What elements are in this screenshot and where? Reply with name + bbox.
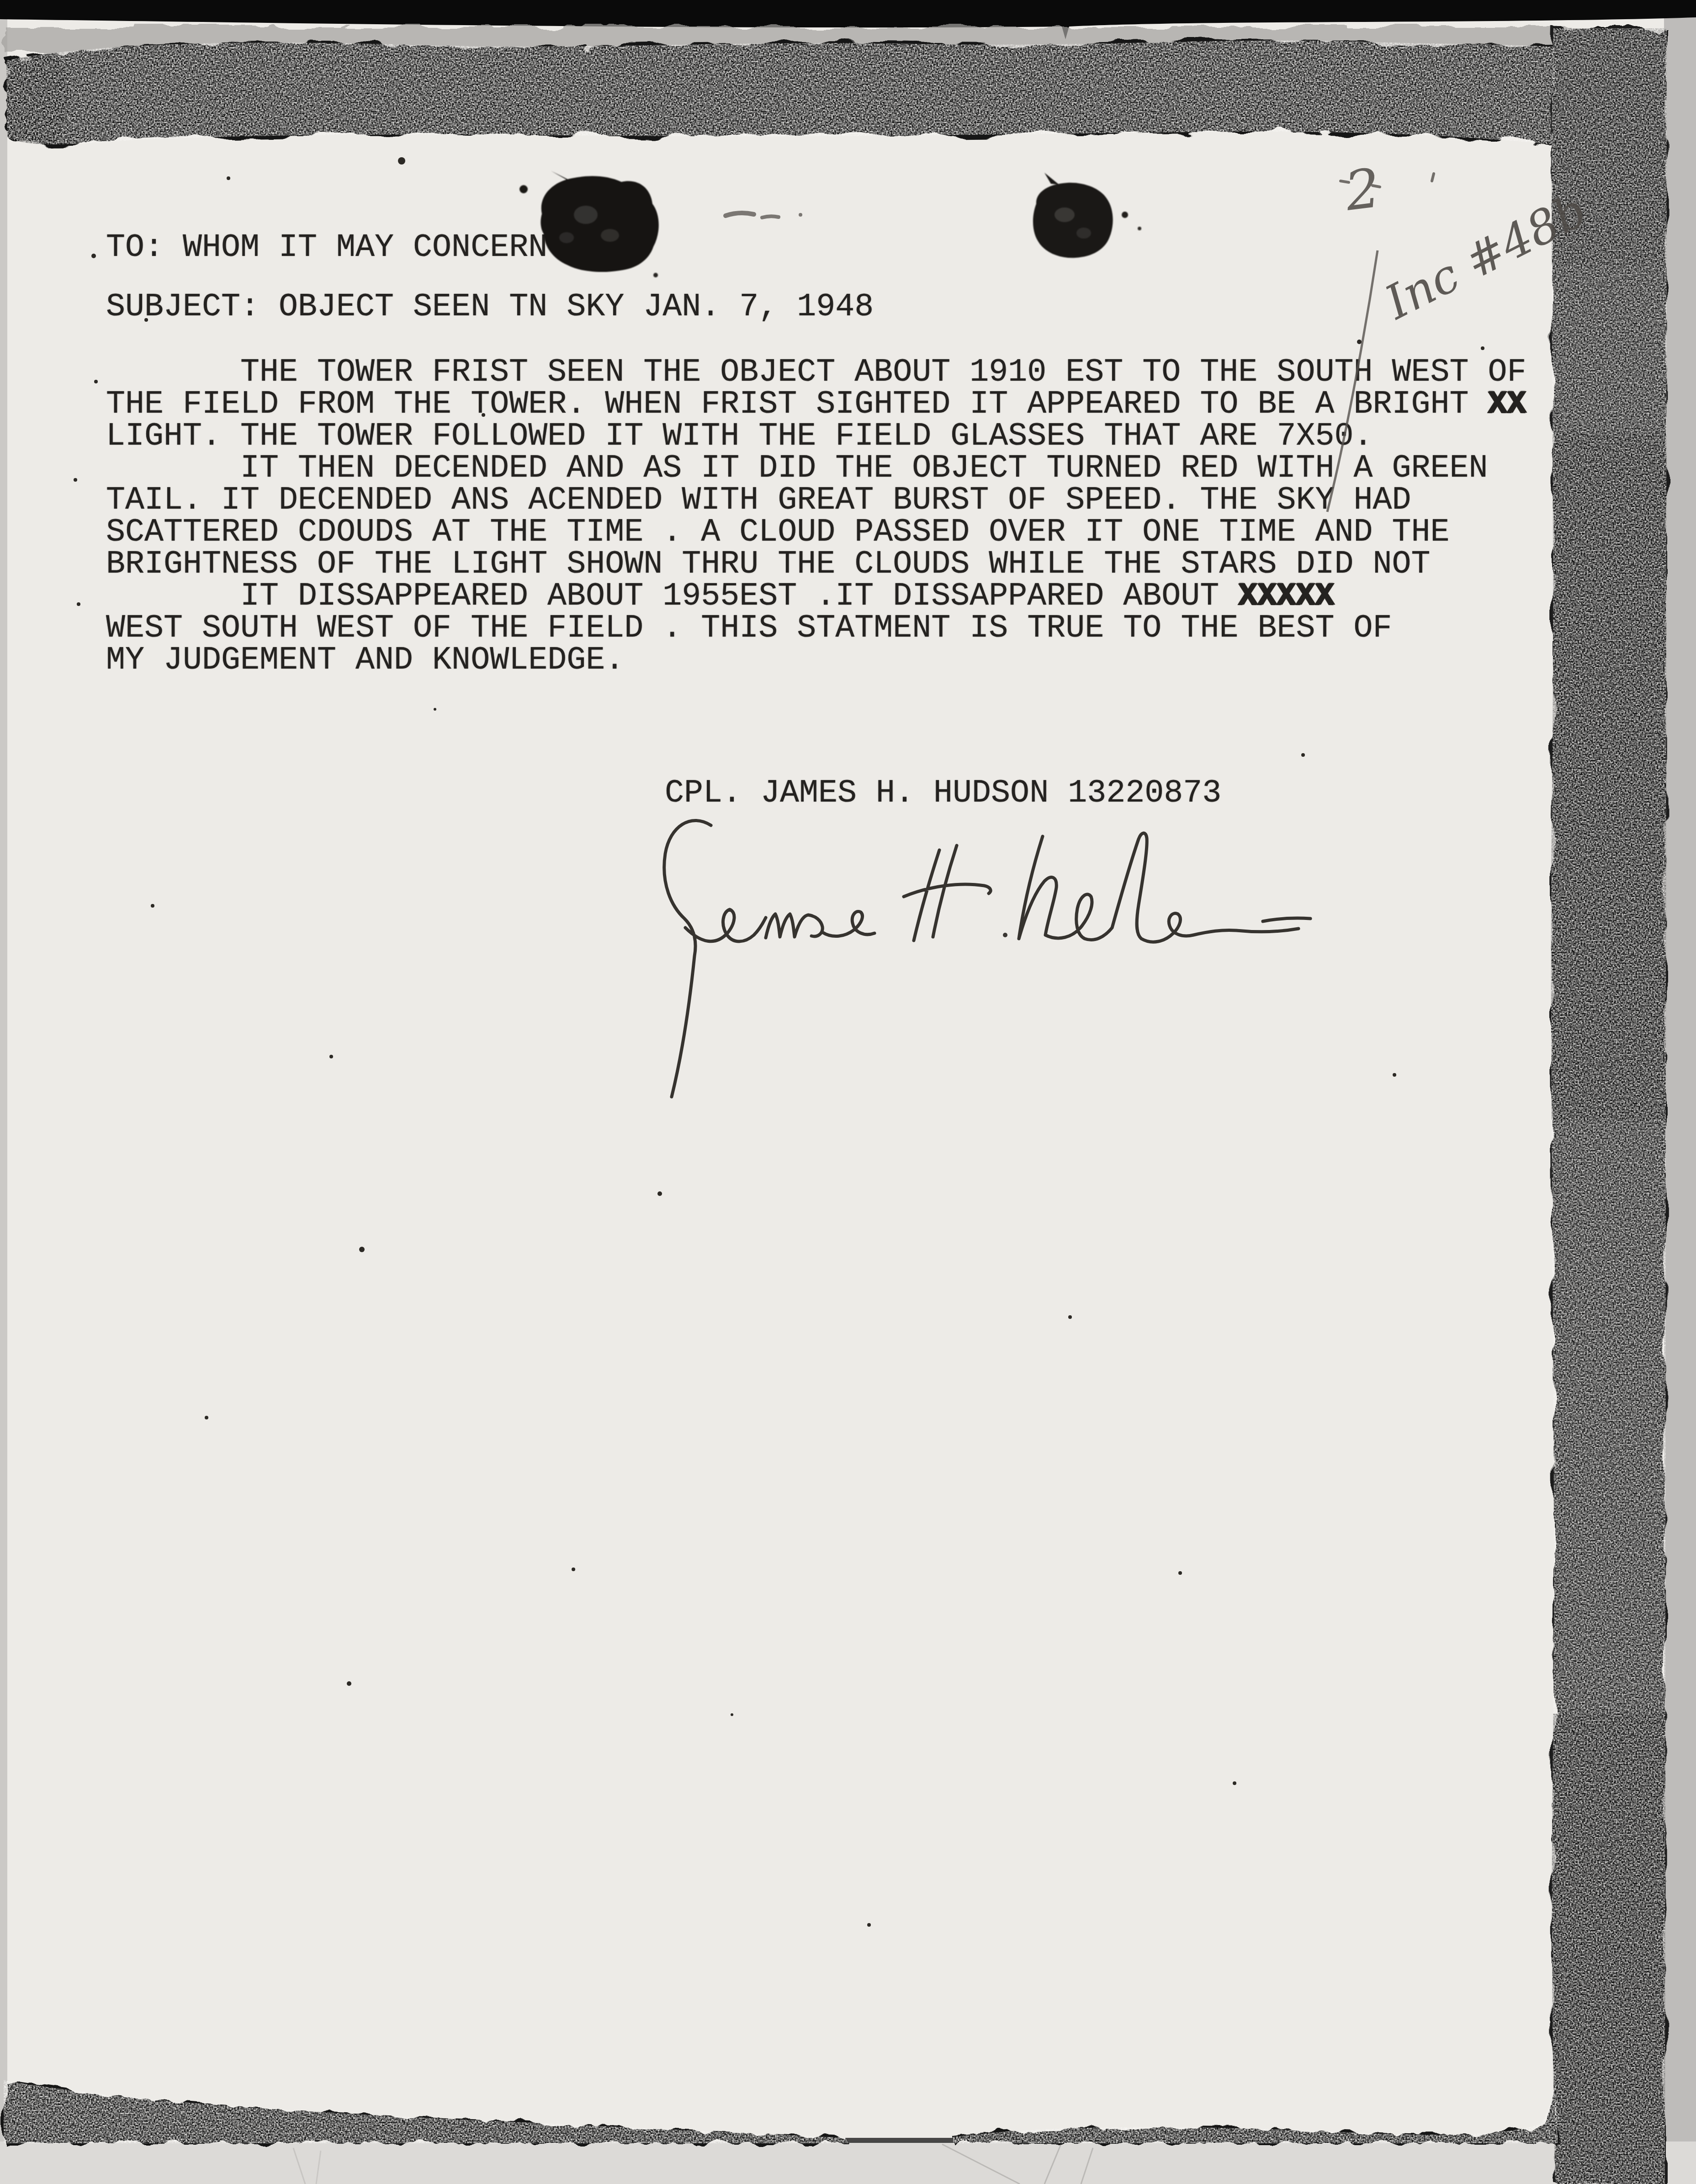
- scratch-marks: [293, 2144, 1093, 2184]
- top-black-bar: [0, 0, 1696, 39]
- typed-line: BRIGHTNESS OF THE LIGHT SHOWN THRU THE C…: [106, 549, 1526, 581]
- typed-line-text: BRIGHTNESS OF THE LIGHT SHOWN THRU THE C…: [106, 547, 1430, 583]
- typed-line-text: LIGHT. THE TOWER FOLLOWED IT WITH THE FI…: [106, 419, 1373, 455]
- left-scan-edge: [0, 0, 7, 2184]
- pencil-ticks: [1341, 174, 1434, 187]
- typed-line-text: THE FIELD FROM THE TOWER. WHEN FRIST SIG…: [106, 387, 1488, 423]
- scanned-document: { "page": { "annotations": { "page_numbe…: [0, 0, 1696, 2184]
- bottom-noise-band: [4, 2080, 1558, 2143]
- overstruck-text: XXXXX: [1238, 579, 1334, 615]
- typed-line: TAIL. IT DECENDED ANS ACENDED WITH GREAT…: [106, 485, 1526, 517]
- typed-line-text: TAIL. IT DECENDED ANS ACENDED WITH GREAT…: [106, 483, 1411, 519]
- typed-line: WEST SOUTH WEST OF THE FIELD . THIS STAT…: [106, 613, 1526, 645]
- typed-line-text: THE TOWER FRIST SEEN THE OBJECT ABOUT 19…: [240, 355, 1526, 391]
- right-noise-strip: [1551, 28, 1667, 2184]
- top-noise-band: [6, 41, 1606, 151]
- bottom-scan-zone: [0, 2141, 1696, 2184]
- right-scan-margin: [1664, 0, 1696, 2184]
- typed-line-text: SCATTERED CDOUDS AT THE TIME . A CLOUD P…: [106, 515, 1449, 551]
- typed-line-text: MY JUDGEMENT AND KNOWLEDGE.: [106, 643, 624, 679]
- body-lines: THE TOWER FRIST SEEN THE OBJECT ABOUT 19…: [106, 357, 1526, 677]
- scan-artifacts-layer: 2 Inc #48b: [0, 0, 1696, 2184]
- typed-line: LIGHT. THE TOWER FOLLOWED IT WITH THE FI…: [106, 421, 1526, 453]
- subject-line: SUBJECT: OBJECT SEEN TN SKY JAN. 7, 1948: [106, 292, 874, 324]
- typed-name-line: CPL. JAMES H. HUDSON 13220873: [665, 778, 1221, 810]
- pencil-page-number: 2: [1341, 156, 1383, 223]
- typed-line: SCATTERED CDOUDS AT THE TIME . A CLOUD P…: [106, 517, 1526, 549]
- typed-line: IT THEN DECENDED AND AS IT DID THE OBJEC…: [106, 453, 1526, 485]
- to-line: TO: WHOM IT MAY CONCERN.: [106, 232, 567, 264]
- signature-path: [664, 820, 1310, 1097]
- typed-line-text: IT DISSAPPEARED ABOUT 1955EST .IT DISSAP…: [240, 579, 1238, 615]
- typed-line: THE TOWER FRIST SEEN THE OBJECT ABOUT 19…: [106, 357, 1526, 389]
- smudge-dashes: [726, 213, 802, 218]
- top-gray-smear: [5, 27, 1608, 53]
- typed-line-text: WEST SOUTH WEST OF THE FIELD . THIS STAT…: [106, 611, 1392, 647]
- overstruck-text: XX: [1488, 387, 1526, 423]
- signature: [664, 820, 1310, 1097]
- incl-annotation: Inc #48b: [1376, 183, 1595, 330]
- typed-line: MY JUDGEMENT AND KNOWLEDGE.: [106, 645, 1526, 677]
- typed-line-text: IT THEN DECENDED AND AS IT DID THE OBJEC…: [240, 451, 1488, 487]
- typed-line: THE FIELD FROM THE TOWER. WHEN FRIST SIG…: [106, 389, 1526, 421]
- typed-line: IT DISSAPPEARED ABOUT 1955EST .IT DISSAP…: [106, 581, 1526, 613]
- ink-blot-2: [1033, 173, 1141, 258]
